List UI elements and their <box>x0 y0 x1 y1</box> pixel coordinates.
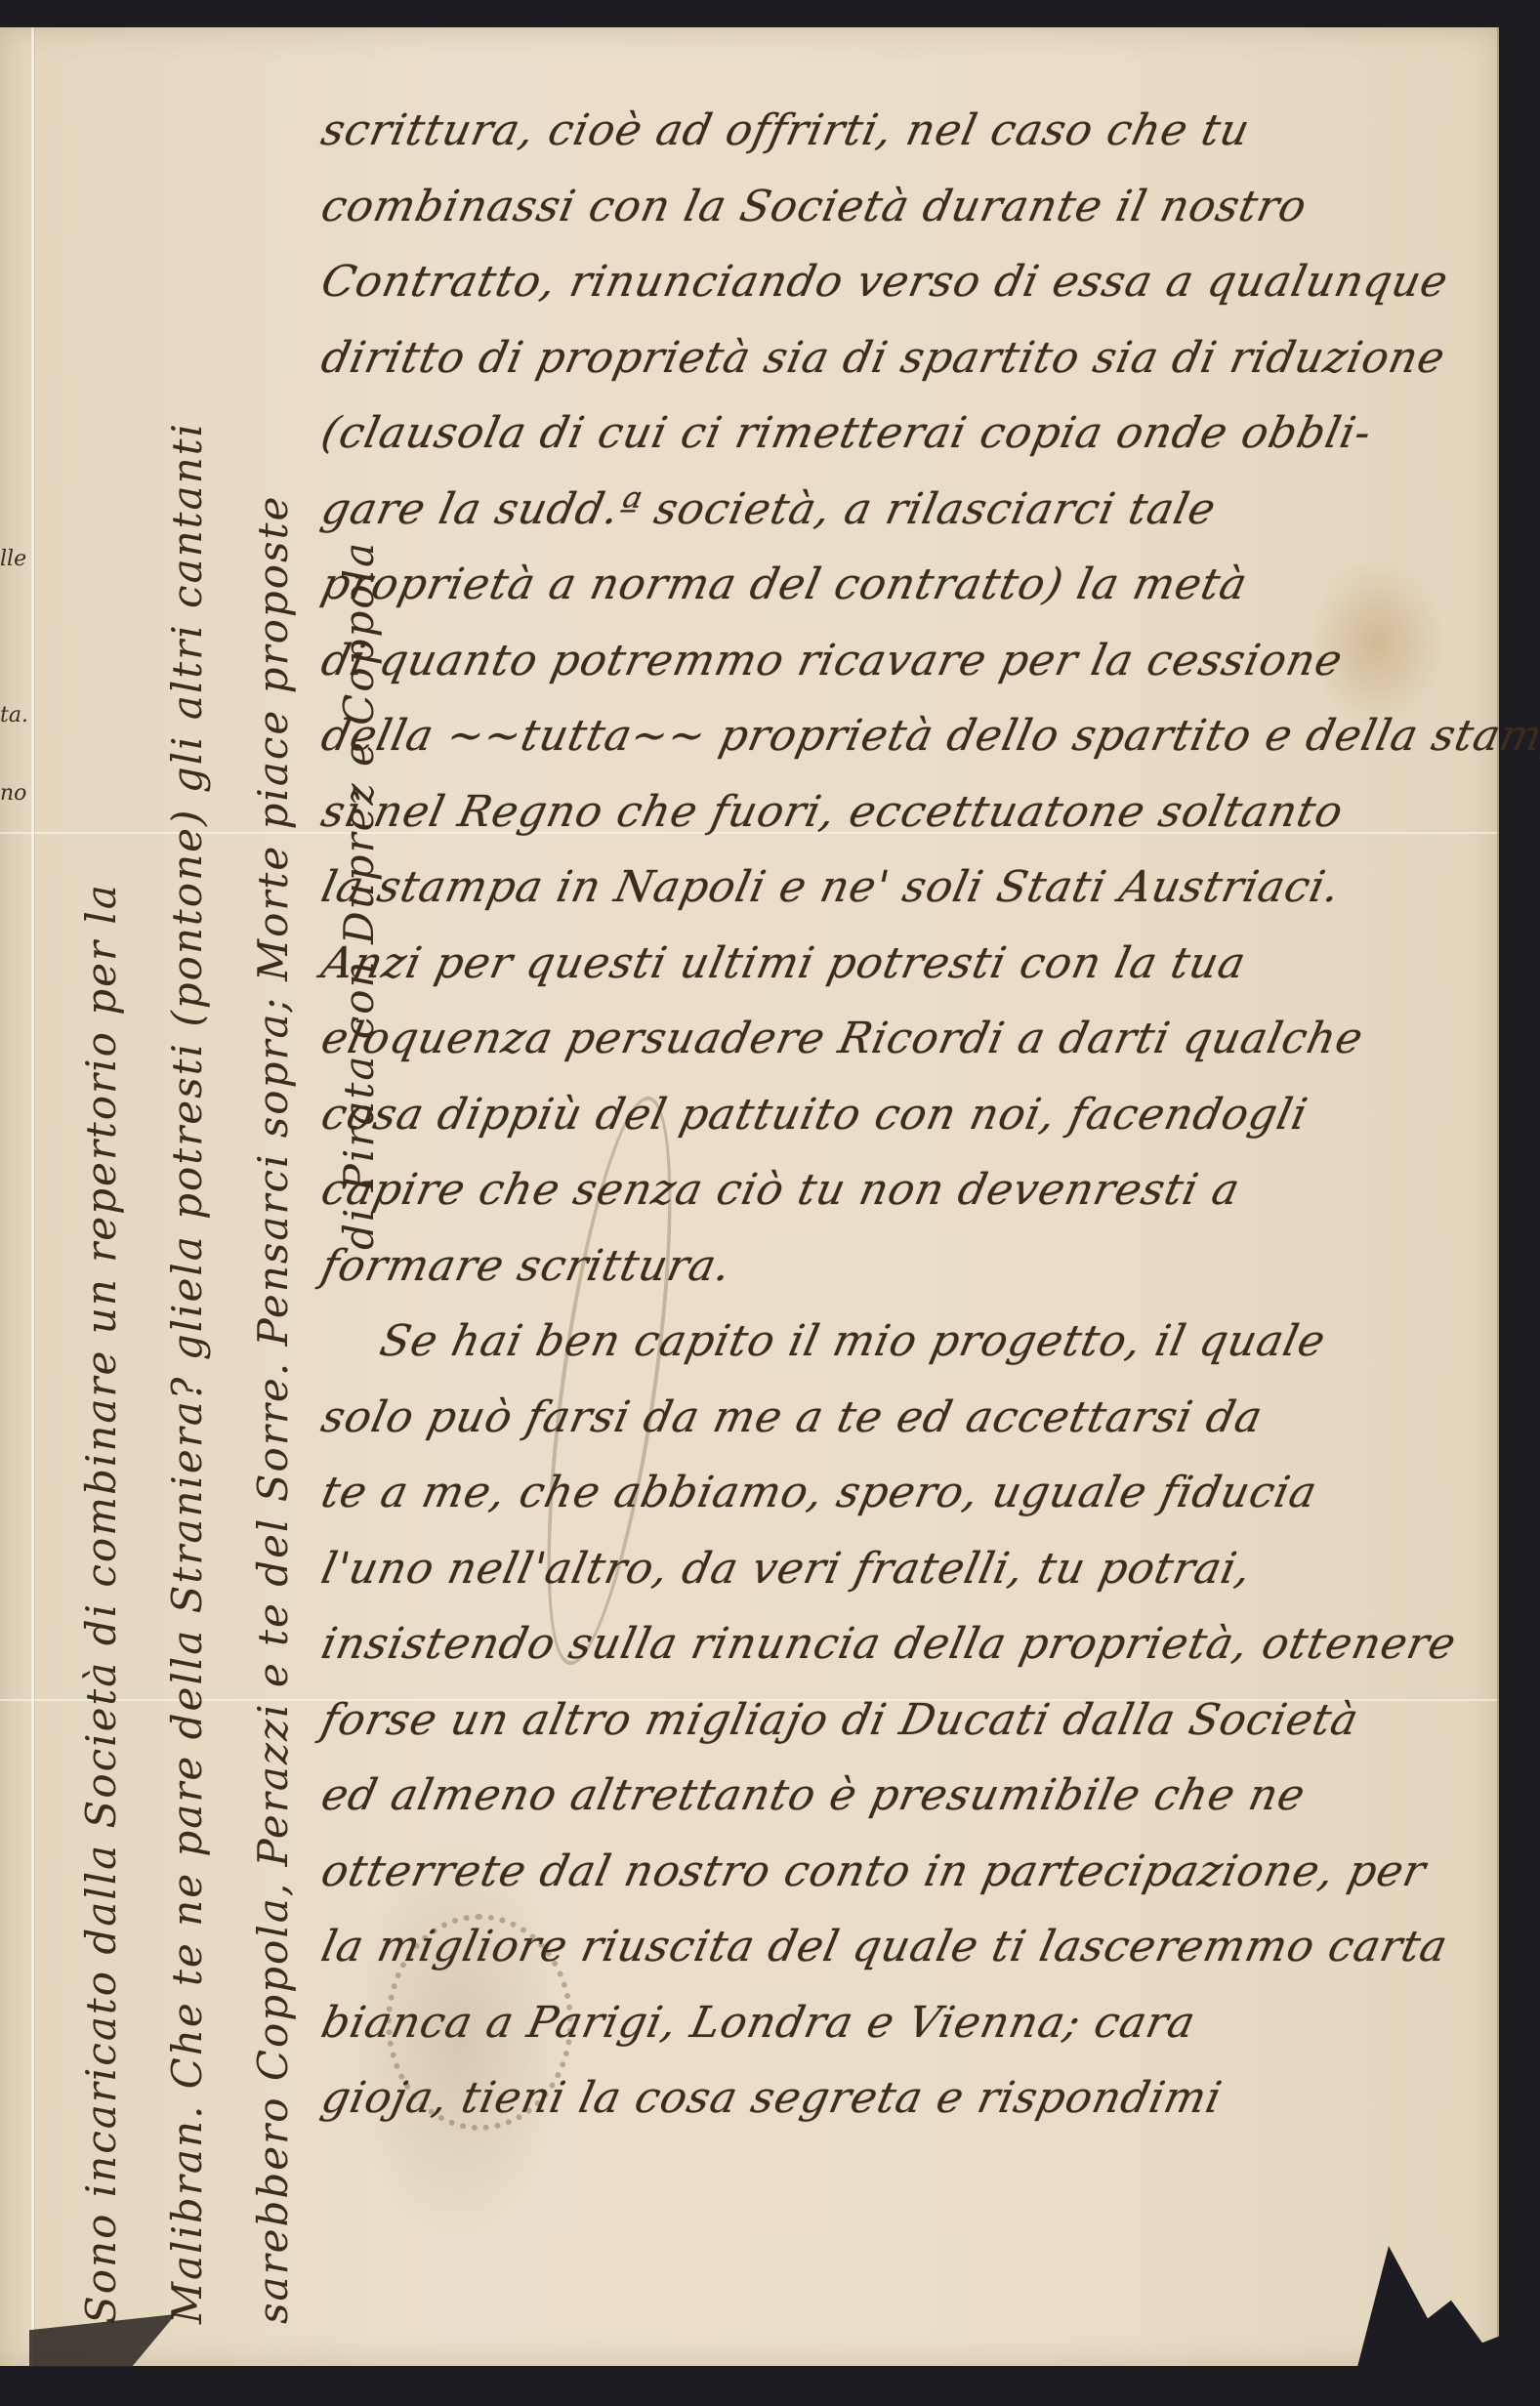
text-line: capire che senza ciò tu non devenresti a <box>314 1152 1502 1228</box>
text-line: la migliore riuscita del quale ti lascer… <box>314 1909 1502 1985</box>
text-line: insistendo sulla rinuncia della propriet… <box>314 1606 1502 1682</box>
adjacent-page-fragment: no <box>0 781 29 806</box>
text-line: proprietà a norma del contratto) la metà <box>314 547 1502 623</box>
text-line: di quanto potremmo ricavare per la cessi… <box>314 623 1502 699</box>
text-line: formare scrittura. <box>314 1228 1502 1305</box>
text-line: l'uno nell'altro, da veri fratelli, tu p… <box>314 1531 1502 1607</box>
margin-line: sarebbero Coppola, Perazzi e te del Sorr… <box>230 49 316 2324</box>
text-line: eloquenza persuadere Ricordi a darti qua… <box>314 1001 1502 1077</box>
adjacent-page-fragment: lle <box>0 547 29 571</box>
adjacent-page-fragment: ta. <box>0 703 29 727</box>
text-line: Contratto, rinunciando verso di essa a q… <box>314 244 1502 320</box>
text-line: la stampa in Napoli e ne' soli Stati Aus… <box>314 850 1502 926</box>
text-line: sì nel Regno che fuori, eccettuatone sol… <box>314 774 1502 850</box>
text-line: scrittura, cioè ad offrirti, nel caso ch… <box>314 93 1502 169</box>
text-line: otterrete dal nostro conto in partecipaz… <box>314 1834 1502 1910</box>
margin-line: Sono incaricato dalla Società di combina… <box>59 49 145 2324</box>
text-line: solo può farsi da me a te ed accettarsi … <box>314 1380 1502 1456</box>
text-line: della ~~tutta~~ proprietà dello spartito… <box>314 698 1502 774</box>
text-line: te a me, che abbiamo, spero, uguale fidu… <box>314 1455 1502 1531</box>
text-line: Se hai ben capito il mio progetto, il qu… <box>314 1304 1502 1380</box>
text-line: combinassi con la Società durante il nos… <box>314 169 1502 245</box>
text-line: bianca a Parigi, Londra e Vienna; cara <box>314 1985 1502 2061</box>
text-line: cosa dippiù del pattuito con noi, facend… <box>314 1077 1502 1153</box>
text-line: forse un altro migliajo di Ducati dalla … <box>314 1682 1502 1759</box>
text-line: (clausola di cui ci rimetterai copia ond… <box>314 395 1502 472</box>
text-line: gare la sudd.ª società, a rilasciarci ta… <box>314 472 1502 548</box>
letter-body: scrittura, cioè ad offrirti, nel caso ch… <box>322 93 1494 2136</box>
text-line: gioja, tieni la cosa segreta e rispondim… <box>314 2060 1502 2136</box>
margin-line: Malibran. Che te ne pare della Straniera… <box>145 49 230 2324</box>
text-line: Anzi per questi ultimi potresti con la t… <box>314 926 1502 1002</box>
page-fold-vertical <box>31 27 35 2366</box>
margin-postscript: Sono incaricato dalla Società di combina… <box>59 49 332 2324</box>
paper-right-edge <box>1497 27 1499 2366</box>
text-line: diritto di proprietà sia di spartito sia… <box>314 320 1502 396</box>
text-line: ed almeno altrettanto è presumibile che … <box>314 1758 1502 1834</box>
